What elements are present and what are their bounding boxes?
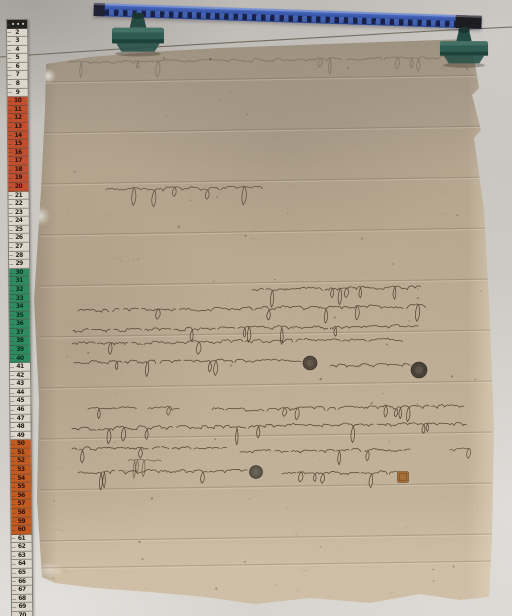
tape-cm-45: 45	[10, 397, 30, 406]
tape-cm-69: 69	[12, 603, 32, 612]
tape-cm-28: 28	[9, 251, 29, 260]
manuscript-paper	[30, 34, 500, 610]
tape-cm-29: 29	[9, 260, 29, 269]
tape-cm-44: 44	[10, 389, 30, 398]
tape-cm-62: 62	[12, 543, 32, 552]
tape-cm-25: 25	[9, 226, 29, 235]
tape-cm-33: 33	[9, 294, 29, 303]
tape-cm-40: 40	[10, 354, 30, 363]
tape-cm-68: 68	[12, 595, 32, 604]
tape-cm-50: 50	[11, 440, 31, 449]
tape-cm-5: 5	[7, 54, 27, 63]
tape-cm-21: 21	[9, 191, 29, 200]
clip-jaw	[116, 43, 160, 51]
tape-cm-9: 9	[8, 88, 28, 97]
tape-cm-19: 19	[8, 174, 28, 183]
tape-cm-16: 16	[8, 148, 28, 157]
tape-cm-58: 58	[11, 509, 31, 518]
tape-cm-43: 43	[10, 380, 30, 389]
tape-cm-47: 47	[10, 414, 30, 423]
photo-of-manuscript: 2345678910111213141516171819202122232425…	[0, 0, 512, 616]
tape-cm-39: 39	[10, 346, 30, 355]
tape-cm-26: 26	[9, 234, 29, 243]
tape-cm-6: 6	[7, 63, 27, 72]
tape-cm-54: 54	[11, 474, 31, 483]
tape-cm-14: 14	[8, 131, 28, 140]
tape-cm-61: 61	[12, 534, 32, 543]
bulldog-clip-left	[111, 11, 165, 57]
tape-cm-52: 52	[11, 457, 31, 466]
tape-cm-38: 38	[10, 337, 30, 346]
tape-cm-37: 37	[10, 329, 30, 338]
clip-shadow	[115, 51, 161, 56]
tape-cm-32: 32	[9, 286, 29, 295]
tape-cm-46: 46	[10, 406, 30, 415]
tape-cm-8: 8	[8, 80, 28, 89]
tape-cm-7: 7	[7, 71, 27, 80]
tape-cm-17: 17	[8, 157, 28, 166]
tape-cm-59: 59	[11, 517, 31, 526]
tape-cm-3: 3	[7, 37, 27, 46]
tape-cm-30: 30	[9, 269, 29, 278]
tape-cm-67: 67	[12, 586, 32, 595]
tape-cm-4: 4	[7, 46, 27, 55]
tape-cm-41: 41	[10, 363, 30, 372]
tape-cm-57: 57	[11, 500, 31, 509]
bulldog-clip-right	[439, 25, 489, 69]
tape-cm-15: 15	[8, 140, 28, 149]
tape-cm-13: 13	[8, 123, 28, 132]
tape-cm-24: 24	[9, 217, 29, 226]
tape-cm-2: 2	[7, 28, 27, 37]
tape-cm-18: 18	[8, 166, 28, 175]
tape-header-cell	[7, 20, 27, 29]
tape-cm-35: 35	[10, 311, 30, 320]
tape-cm-12: 12	[8, 114, 28, 123]
tape-cm-34: 34	[9, 303, 29, 312]
tape-cm-10: 10	[8, 97, 28, 106]
tape-cm-36: 36	[10, 320, 30, 329]
tape-cm-22: 22	[9, 200, 29, 209]
tape-cm-64: 64	[12, 560, 32, 569]
tape-cm-55: 55	[11, 483, 31, 492]
tape-cm-70: 70	[12, 612, 32, 616]
tape-cm-66: 66	[12, 577, 32, 586]
tape-cm-51: 51	[11, 449, 31, 458]
tape-cm-60: 60	[11, 526, 31, 535]
tape-cm-65: 65	[12, 569, 32, 578]
tape-end-cap-left	[94, 3, 105, 16]
tape-cm-27: 27	[9, 243, 29, 252]
tape-cm-48: 48	[11, 423, 31, 432]
tape-cm-42: 42	[10, 372, 30, 381]
tape-cm-49: 49	[11, 432, 31, 441]
tape-cm-63: 63	[12, 552, 32, 561]
tape-cm-31: 31	[9, 277, 29, 286]
clip-shadow	[443, 63, 485, 68]
tape-cm-11: 11	[8, 106, 28, 115]
clip-jaw	[444, 56, 484, 64]
tape-cm-56: 56	[11, 492, 31, 501]
tape-cm-20: 20	[8, 183, 28, 192]
tape-cm-23: 23	[9, 209, 29, 218]
tape-cm-53: 53	[11, 466, 31, 475]
